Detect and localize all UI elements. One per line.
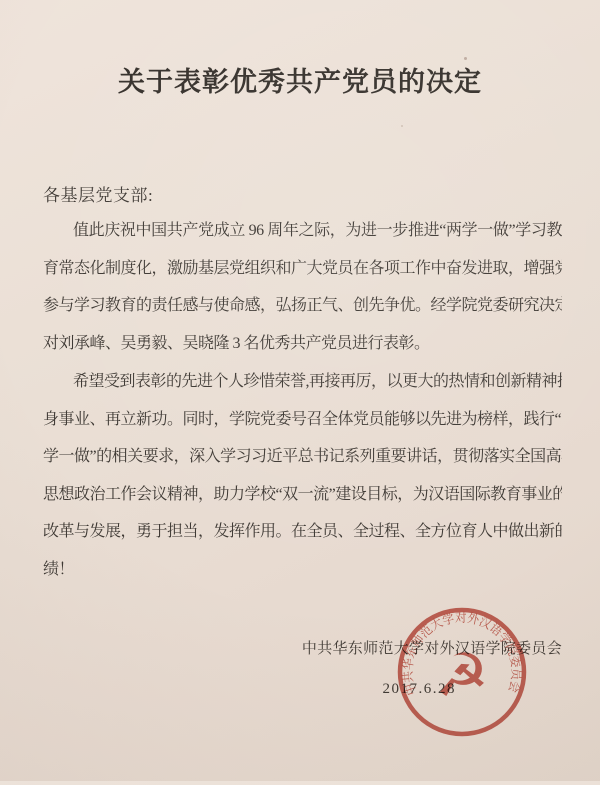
salutation: 各基层党支部: (43, 185, 562, 207)
body-line: 值此庆祝中国共产党成立 96 周年之际，为进一步推进“两学一做”学习教 (43, 212, 562, 250)
body-line: 改革与发展，勇于担当，发挥作用。在全员、全过程、全方位育人中做出新的成 (43, 513, 562, 551)
body-line: 绩！ (43, 551, 562, 589)
body-line: 参与学习教育的责任感与使命感，弘扬正气、创先争优。经学院党委研究决定， (43, 287, 562, 325)
official-seal: 中共华东师范大学对外汉语学院委员会 ☭ (394, 604, 530, 740)
document-body: 各基层党支部: 值此庆祝中国共产党成立 96 周年之际，为进一步推进“两学一做”… (43, 185, 562, 588)
document-title: 关于表彰优秀共产党员的决定 (0, 60, 600, 99)
paragraph-2: 希望受到表彰的先进个人珍惜荣誉,再接再厉，以更大的热情和创新精神投 身事业、再立… (43, 363, 562, 588)
body-line: 希望受到表彰的先进个人珍惜荣誉,再接再厉，以更大的热情和创新精神投 (43, 363, 562, 401)
body-line: 育常态化制度化，激励基层党组织和广大党员在各项工作中奋发进取，增强党员 (43, 250, 562, 288)
paper-speck (464, 57, 467, 60)
body-line: 学一做”的相关要求，深入学习习近平总书记系列重要讲话，贯彻落实全国高校 (43, 438, 562, 476)
paragraph-1: 值此庆祝中国共产党成立 96 周年之际，为进一步推进“两学一做”学习教 育常态化… (43, 212, 562, 362)
body-line: 思想政治工作会议精神，助力学校“双一流”建设目标，为汉语国际教育事业的 (43, 476, 562, 514)
body-line: 身事业、再立新功。同时，学院党委号召全体党员能够以先进为榜样，践行“两 (43, 401, 562, 439)
document-photo: 关于表彰优秀共产党员的决定 各基层党支部: 值此庆祝中国共产党成立 96 周年之… (0, 0, 600, 785)
body-line: 对刘承峰、吴勇毅、吴晓隆 3 名优秀共产党员进行表彰。 (43, 325, 562, 363)
paper-speck (401, 125, 403, 127)
paper-bottom-edge (0, 781, 600, 785)
hammer-sickle-icon: ☭ (435, 643, 489, 709)
